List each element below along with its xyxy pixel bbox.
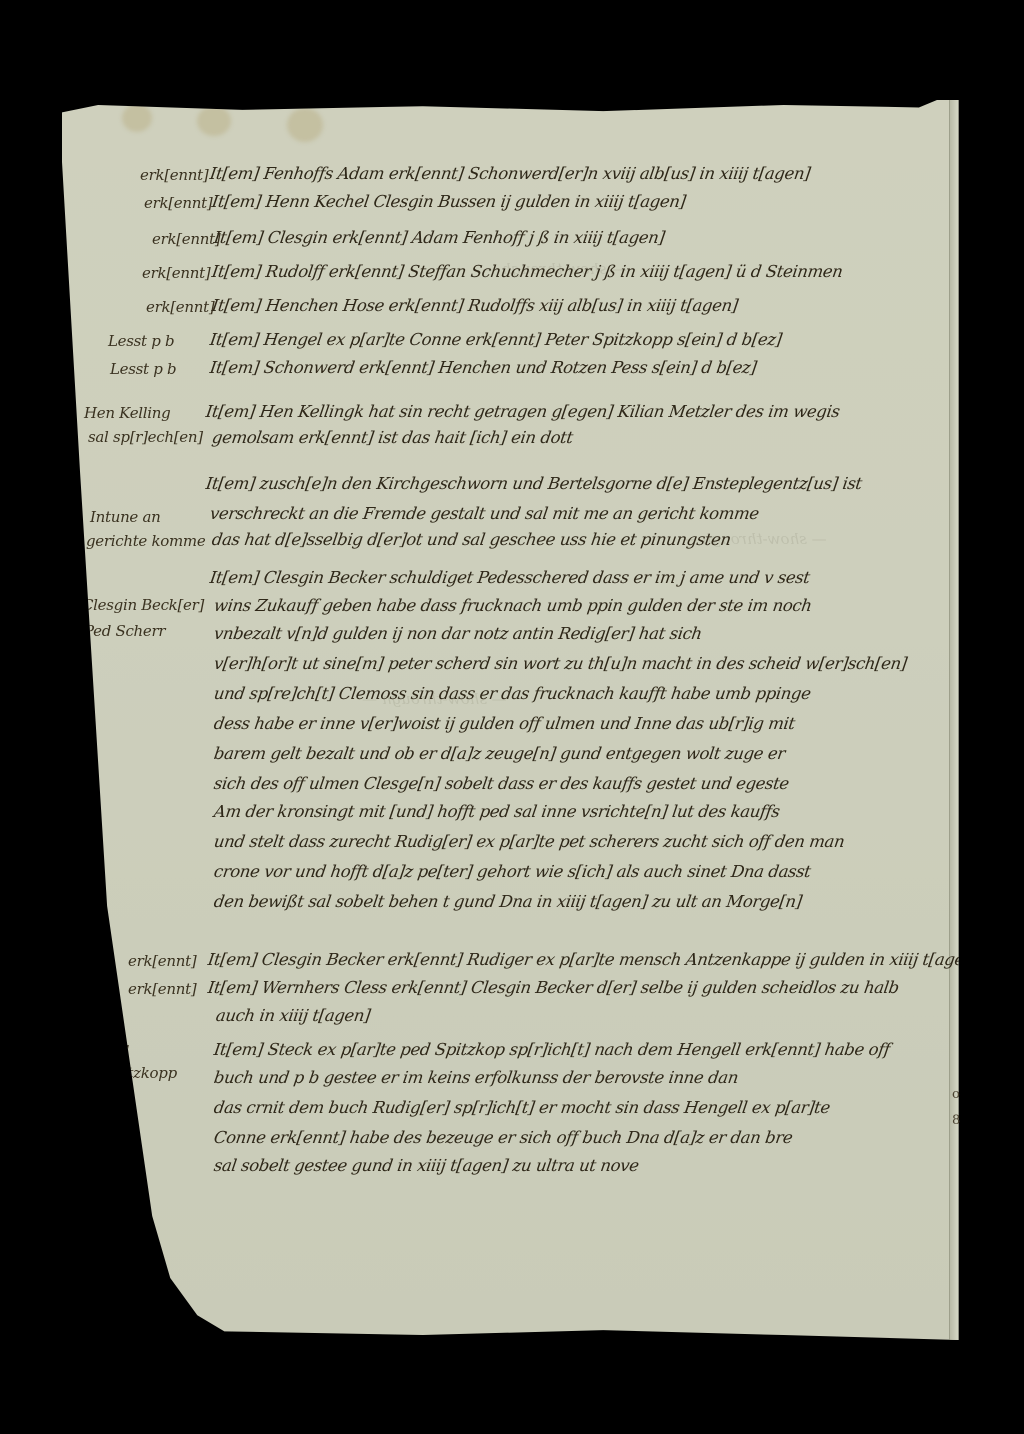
entry-line: It[em] Schonwerd erk[ennt] Henchen und R… <box>208 356 758 380</box>
margin-note: gerichte komme <box>86 530 205 552</box>
scan-frame: — show-through — — show-through — — show… <box>0 0 1024 1434</box>
margin-note: erk[ennt] <box>142 262 210 284</box>
entry-line: It[em] Hengel ex p[ar]te Conne erk[ennt]… <box>208 328 783 352</box>
manuscript-text: erk[ennt] It[em] Fenhoffs Adam erk[ennt]… <box>62 100 964 1340</box>
entry-line: It[em] Clesgin Becker schuldiget Pedessc… <box>208 566 811 590</box>
margin-note: ped Spitzkopp <box>72 1062 177 1084</box>
entry-line: v[er]h[or]t ut sine[m] peter scherd sin … <box>212 652 908 676</box>
gutter-mark: 8 <box>952 1108 960 1134</box>
margin-note: Clesgin Beck[er] <box>82 594 204 616</box>
entry-line: It[em] Henn Kechel Clesgin Bussen ij gul… <box>210 190 687 214</box>
entry-line: das hat d[e]sselbig d[er]ot und sal gesc… <box>210 528 732 552</box>
entry-line: wins Zukauff geben habe dass frucknach u… <box>212 594 813 618</box>
entry-line: dess habe er inne v[er]woist ij gulden o… <box>212 712 796 736</box>
margin-note: erk[ennt] <box>144 192 212 214</box>
entry-line: sich des off ulmen Clesge[n] sobelt dass… <box>212 772 790 796</box>
entry-line: sal sobelt gestee gund in xiiij t[agen] … <box>212 1154 640 1178</box>
margin-note: erk[ennt] <box>140 164 208 186</box>
margin-note: erk[ennt] <box>152 228 220 250</box>
entry-line: It[em] zusch[e]n den Kirchgeschworn und … <box>204 472 863 496</box>
entry-line: barem gelt bezalt und ob er d[a]z zeuge[… <box>212 742 786 766</box>
gutter-mark: o <box>952 1082 960 1108</box>
entry-line: auch in xiiij t[agen] <box>214 1004 371 1028</box>
margin-note: sal sp[r]ech[en] <box>88 426 203 448</box>
margin-note: Hen Kelling <box>84 402 170 424</box>
entry-line: It[em] Clesgin Becker erk[ennt] Rudiger … <box>206 948 981 972</box>
entry-line: gemolsam erk[ennt] ist das hait [ich] ei… <box>210 426 574 450</box>
entry-line: verschreckt an die Fremde gestalt und sa… <box>208 502 760 526</box>
margin-note: Hengel <box>76 1040 129 1062</box>
entry-line: das crnit dem buch Rudig[er] sp[r]ich[t]… <box>212 1096 831 1120</box>
entry-line: It[em] Steck ex p[ar]te ped Spitzkop sp[… <box>212 1038 891 1062</box>
margin-note: erk[ennt] <box>128 978 196 1000</box>
margin-note: Lesst p b <box>110 358 176 380</box>
entry-line: It[em] Fenhoffs Adam erk[ennt] Schonwerd… <box>208 162 812 186</box>
entry-line: Am der kronsingt mit [und] hofft ped sal… <box>212 800 781 824</box>
entry-line: den bewißt sal sobelt behen t gund Dna i… <box>212 890 803 914</box>
margin-note: Ped Scherr <box>84 620 165 642</box>
entry-line: und sp[re]ch[t] Clemoss sin dass er das … <box>212 682 812 706</box>
margin-note: erk[ennt] <box>146 296 214 318</box>
gutter-marks: o 8 <box>952 1082 960 1134</box>
entry-line: crone vor und hofft d[a]z pe[ter] gehort… <box>212 860 812 884</box>
manuscript-page: — show-through — — show-through — — show… <box>62 100 964 1340</box>
entry-line: und stelt dass zurecht Rudig[er] ex p[ar… <box>212 830 846 854</box>
entry-line: It[em] Clesgin erk[ennt] Adam Fenhoff j … <box>212 226 666 250</box>
entry-line: vnbezalt v[n]d gulden ij non dar notz an… <box>212 622 703 646</box>
entry-line: It[em] Rudolff erk[ennt] Steffan Schuchm… <box>210 260 844 284</box>
entry-line: It[em] Wernhers Cless erk[ennt] Clesgin … <box>206 976 900 1000</box>
margin-note: erk[ennt] <box>128 950 196 972</box>
entry-line: It[em] Henchen Hose erk[ennt] Rudolffs x… <box>210 294 739 318</box>
entry-line: Conne erk[ennt] habe des bezeuge er sich… <box>212 1126 794 1150</box>
entry-line: It[em] Hen Kellingk hat sin recht getrag… <box>204 400 841 424</box>
entry-line: buch und p b gestee er im keins erfolkun… <box>212 1066 739 1090</box>
margin-note: Intune an <box>90 506 160 528</box>
margin-note: Lesst p b <box>108 330 174 352</box>
